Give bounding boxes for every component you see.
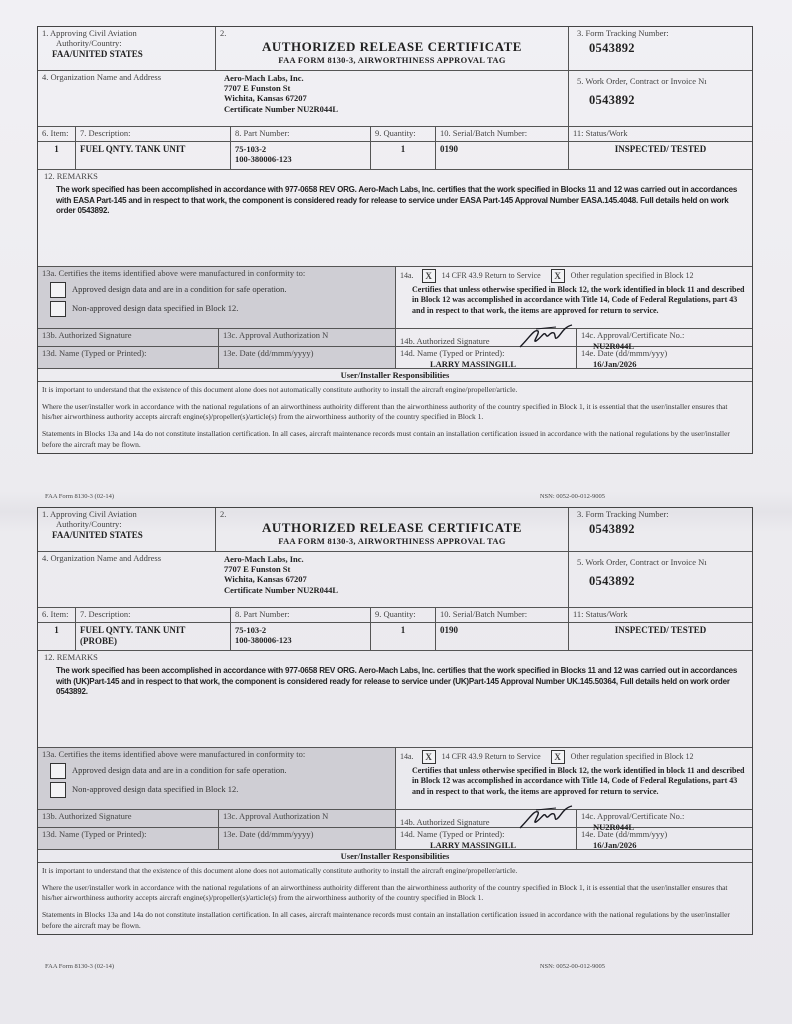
responsibilities-heading-row: User/Installer Responsibilities (38, 850, 752, 863)
remarks-text: The work specified has been accomplished… (44, 185, 746, 217)
approved-design-checkbox[interactable] (50, 282, 66, 298)
org-name: Aero-Mach Labs, Inc. (224, 73, 564, 83)
block-14c-label: 14c. Approval/Certificate No.: (581, 331, 748, 341)
col-description: 7. Description: (76, 608, 231, 622)
description-line-1: FUEL QNTY. TANK UNIT (80, 625, 226, 636)
signature-icon (516, 323, 576, 349)
item-quantity: 1 (371, 142, 436, 169)
responsibilities-p3: Statements in Blocks 13a and 14a do not … (42, 429, 748, 449)
org-certificate: Certificate Number NU2R044L (224, 585, 564, 595)
description-line-1: FUEL QNTY. TANK UNIT (80, 144, 226, 155)
approved-design-label: Approved design data and are in a condit… (72, 284, 287, 294)
approved-design-label: Approved design data and are in a condit… (72, 765, 287, 775)
work-order-number: 0543892 (573, 93, 748, 108)
part-number-2: 100-380006-123 (235, 154, 366, 164)
return-to-service-label: 14 CFR 43.9 Return to Service (442, 271, 541, 280)
item-serial: 0190 (436, 142, 569, 169)
block-14c-label: 14c. Approval/Certificate No.: (581, 812, 748, 822)
other-regulation-label: Other regulation specified in Block 12 (571, 271, 694, 280)
authority-value: FAA/UNITED STATES (42, 530, 211, 541)
block-2-label: 2. (220, 510, 564, 520)
form-version: FAA Form 8130-3 (02-14) (45, 493, 114, 500)
certification-row: 13a. Certifies the items identified abov… (38, 748, 752, 810)
items-header-row: 6. Item: 7. Description: 8. Part Number:… (38, 608, 752, 623)
release-date: 16/Jan/2026 (581, 359, 748, 369)
col-quantity: 9. Quantity: (371, 127, 436, 141)
org-street: 7707 E Funston St (224, 83, 564, 93)
certification-row: 13a. Certifies the items identified abov… (38, 267, 752, 329)
remarks-text: The work specified has been accomplished… (44, 666, 746, 698)
block-4-label-cell: 4. Organization Name and Address (38, 71, 220, 126)
organization-row: 4. Organization Name and Address Aero-Ma… (38, 552, 752, 608)
block-4-label: 4. Organization Name and Address (42, 73, 216, 83)
org-certificate: Certificate Number NU2R044L (224, 104, 564, 114)
block-13b: 13b. Authorized Signature (38, 329, 219, 346)
tracking-number: 0543892 (573, 41, 748, 56)
other-regulation-checkbox[interactable]: X (551, 269, 565, 283)
block-14b: 14b. Authorized Signature (396, 329, 577, 346)
block-13a-label: 13a. Certifies the items identified abov… (42, 750, 391, 760)
block-3-label: 3. Form Tracking Number: (573, 510, 748, 520)
nsn-number: NSN: 0052-00-012-9005 (540, 493, 605, 500)
item-quantity: 1 (371, 623, 436, 650)
block-5-label: 5. Work Order, Contract or Invoice Nı (573, 77, 748, 87)
non-approved-design-label: Non-approved design data specified in Bl… (72, 784, 238, 794)
tracking-number: 0543892 (573, 522, 748, 537)
item-serial: 0190 (436, 623, 569, 650)
col-item: 6. Item: (38, 608, 76, 622)
block-14d-label: 14d. Name (Typed or Printed): (400, 349, 572, 359)
block-1-label-2: Authority/Country: (42, 520, 211, 530)
form-title: AUTHORIZED RELEASE CERTIFICATE (220, 39, 564, 55)
col-part-number: 8. Part Number: (231, 127, 371, 141)
release-date: 16/Jan/2026 (581, 840, 748, 850)
responsibilities-text: It is important to understand that the e… (38, 863, 752, 934)
block-5-work-order: 5. Work Order, Contract or Invoice Nı 05… (569, 71, 752, 126)
block-14a: 14a. X14 CFR 43.9 Return to Service XOth… (396, 267, 752, 328)
block-13a: 13a. Certifies the items identified abov… (38, 267, 396, 328)
approved-design-checkbox[interactable] (50, 763, 66, 779)
responsibilities-p1: It is important to understand that the e… (42, 385, 748, 395)
block-5-work-order: 5. Work Order, Contract or Invoice Nı 05… (569, 552, 752, 607)
responsibilities-heading: User/Installer Responsibilities (38, 369, 752, 381)
block-14b-label: 14b. Authorized Signature (400, 817, 489, 827)
block-14a: 14a. X14 CFR 43.9 Return to Service XOth… (396, 748, 752, 809)
items-header-row: 6. Item: 7. Description: 8. Part Number:… (38, 127, 752, 142)
responsibilities-p1: It is important to understand that the e… (42, 866, 748, 876)
form-subtitle: FAA FORM 8130-3, AIRWORTHINESS APPROVAL … (220, 55, 564, 65)
header-row: 1. Approving Civil Aviation Authority/Co… (38, 27, 752, 71)
block-14a-statement: Certifies that unless otherwise specifie… (400, 766, 748, 797)
organization-row: 4. Organization Name and Address Aero-Ma… (38, 71, 752, 127)
part-number-1: 75-103-2 (235, 625, 366, 635)
remarks-row: 12. REMARKS The work specified has been … (38, 651, 752, 748)
block-14d-label: 14d. Name (Typed or Printed): (400, 830, 572, 840)
authority-value: FAA/UNITED STATES (42, 49, 211, 60)
block-14d: 14d. Name (Typed or Printed): LARRY MASS… (396, 347, 577, 368)
block-14a-statement: Certifies that unless otherwise specifie… (400, 285, 748, 316)
release-certificate-2: 1. Approving Civil Aviation Authority/Co… (37, 507, 753, 935)
block-13d: 13d. Name (Typed or Printed): (38, 347, 219, 368)
col-serial: 10. Serial/Batch Number: (436, 608, 569, 622)
col-status: 11: Status/Work (569, 127, 752, 141)
col-item: 6. Item: (38, 127, 76, 141)
block-1-authority: 1. Approving Civil Aviation Authority/Co… (38, 508, 216, 551)
block-4-address: Aero-Mach Labs, Inc. 7707 E Funston St W… (220, 71, 569, 126)
block-13a-label: 13a. Certifies the items identified abov… (42, 269, 391, 279)
form-version: FAA Form 8130-3 (02-14) (45, 963, 114, 970)
responsibilities-p2: Where the user/installer work in accorda… (42, 402, 748, 422)
responsibilities-heading: User/Installer Responsibilities (38, 850, 752, 862)
work-order-number: 0543892 (573, 574, 748, 589)
block-14a-label: 14a. (400, 752, 414, 761)
name-date-row: 13d. Name (Typed or Printed): 13e. Date … (38, 828, 752, 850)
block-14b-label: 14b. Authorized Signature (400, 336, 489, 346)
block-4-label-cell: 4. Organization Name and Address (38, 552, 220, 607)
block-14b: 14b. Authorized Signature (396, 810, 577, 827)
block-1-authority: 1. Approving Civil Aviation Authority/Co… (38, 27, 216, 70)
item-number: 1 (38, 142, 76, 169)
remarks-label: 12. REMARKS (44, 653, 746, 663)
block-2-title: 2. AUTHORIZED RELEASE CERTIFICATE FAA FO… (216, 27, 569, 70)
responsibilities-heading-row: User/Installer Responsibilities (38, 369, 752, 382)
item-status: INSPECTED/ TESTED (569, 142, 752, 169)
part-number-2: 100-380006-123 (235, 635, 366, 645)
item-part-number: 75-103-2 100-380006-123 (231, 623, 371, 650)
responsibilities-p3: Statements in Blocks 13a and 14a do not … (42, 910, 748, 930)
block-2-title: 2. AUTHORIZED RELEASE CERTIFICATE FAA FO… (216, 508, 569, 551)
col-serial: 10. Serial/Batch Number: (436, 127, 569, 141)
block-14e-label: 14e. Date (dd/mmm/yyy) (581, 349, 748, 359)
block-3-tracking: 3. Form Tracking Number: 0543892 (569, 508, 752, 551)
block-3-label: 3. Form Tracking Number: (573, 29, 748, 39)
block-14a-label: 14a. (400, 271, 414, 280)
col-status: 11: Status/Work (569, 608, 752, 622)
return-to-service-checkbox[interactable]: X (422, 269, 436, 283)
signature-row: 13b. Authorized Signature 13c. Approval … (38, 329, 752, 347)
printed-name: LARRY MASSINGILL (400, 359, 572, 369)
remarks-label: 12. REMARKS (44, 172, 746, 182)
form-subtitle: FAA FORM 8130-3, AIRWORTHINESS APPROVAL … (220, 536, 564, 546)
block-12-remarks: 12. REMARKS The work specified has been … (38, 651, 752, 747)
block-5-label: 5. Work Order, Contract or Invoice Nı (573, 558, 748, 568)
org-street: 7707 E Funston St (224, 564, 564, 574)
block-12-remarks: 12. REMARKS The work specified has been … (38, 170, 752, 266)
printed-name: LARRY MASSINGILL (400, 840, 572, 850)
form-title: AUTHORIZED RELEASE CERTIFICATE (220, 520, 564, 536)
org-city: Wichita, Kansas 67207 (224, 574, 564, 584)
block-1-label-2: Authority/Country: (42, 39, 211, 49)
other-regulation-checkbox[interactable]: X (551, 750, 565, 764)
block-14e: 14e. Date (dd/mmm/yyy) 16/Jan/2026 (577, 347, 752, 368)
block-13c: 13c. Approval Authorization N (219, 810, 396, 827)
item-number: 1 (38, 623, 76, 650)
block-4-address: Aero-Mach Labs, Inc. 7707 E Funston St W… (220, 552, 569, 607)
header-row: 1. Approving Civil Aviation Authority/Co… (38, 508, 752, 552)
item-description: FUEL QNTY. TANK UNIT (PROBE) (76, 623, 231, 650)
item-description: FUEL QNTY. TANK UNIT (76, 142, 231, 169)
col-part-number: 8. Part Number: (231, 608, 371, 622)
responsibilities-text: It is important to understand that the e… (38, 382, 752, 453)
block-2-label: 2. (220, 29, 564, 39)
block-3-tracking: 3. Form Tracking Number: 0543892 (569, 27, 752, 70)
remarks-row: 12. REMARKS The work specified has been … (38, 170, 752, 267)
item-row: 1 FUEL QNTY. TANK UNIT 75-103-2 100-3800… (38, 142, 752, 170)
block-13a: 13a. Certifies the items identified abov… (38, 748, 396, 809)
footer-2: FAA Form 8130-3 (02-14) NSN: 0052-00-012… (45, 963, 745, 970)
footer-1: FAA Form 8130-3 (02-14) NSN: 0052-00-012… (45, 493, 745, 500)
block-14e: 14e. Date (dd/mmm/yyy) 16/Jan/2026 (577, 828, 752, 849)
block-14e-label: 14e. Date (dd/mmm/yyy) (581, 830, 748, 840)
org-city: Wichita, Kansas 67207 (224, 93, 564, 103)
responsibilities-p2: Where the user/installer work in accorda… (42, 883, 748, 903)
block-13b: 13b. Authorized Signature (38, 810, 219, 827)
non-approved-design-label: Non-approved design data specified in Bl… (72, 303, 238, 313)
non-approved-design-checkbox[interactable] (50, 301, 66, 317)
return-to-service-checkbox[interactable]: X (422, 750, 436, 764)
signature-row: 13b. Authorized Signature 13c. Approval … (38, 810, 752, 828)
col-description: 7. Description: (76, 127, 231, 141)
col-quantity: 9. Quantity: (371, 608, 436, 622)
non-approved-design-checkbox[interactable] (50, 782, 66, 798)
signature-icon (516, 804, 576, 830)
release-certificate-1: 1. Approving Civil Aviation Authority/Co… (37, 26, 753, 454)
name-date-row: 13d. Name (Typed or Printed): 13e. Date … (38, 347, 752, 369)
return-to-service-label: 14 CFR 43.9 Return to Service (442, 752, 541, 761)
block-13e: 13e. Date (dd/mmm/yyyy) (219, 347, 396, 368)
block-14c: 14c. Approval/Certificate No.: NU2R044L (577, 810, 752, 827)
org-name: Aero-Mach Labs, Inc. (224, 554, 564, 564)
responsibilities-row: It is important to understand that the e… (38, 382, 752, 453)
block-13c: 13c. Approval Authorization N (219, 329, 396, 346)
description-line-2: (PROBE) (80, 636, 226, 647)
part-number-1: 75-103-2 (235, 144, 366, 154)
block-14d: 14d. Name (Typed or Printed): LARRY MASS… (396, 828, 577, 849)
block-13e: 13e. Date (dd/mmm/yyyy) (219, 828, 396, 849)
block-13d: 13d. Name (Typed or Printed): (38, 828, 219, 849)
item-status: INSPECTED/ TESTED (569, 623, 752, 650)
item-row: 1 FUEL QNTY. TANK UNIT (PROBE) 75-103-2 … (38, 623, 752, 651)
block-14c: 14c. Approval/Certificate No.: NU2R044L (577, 329, 752, 346)
nsn-number: NSN: 0052-00-012-9005 (540, 963, 605, 970)
item-part-number: 75-103-2 100-380006-123 (231, 142, 371, 169)
block-4-label: 4. Organization Name and Address (42, 554, 216, 564)
responsibilities-row: It is important to understand that the e… (38, 863, 752, 934)
other-regulation-label: Other regulation specified in Block 12 (571, 752, 694, 761)
